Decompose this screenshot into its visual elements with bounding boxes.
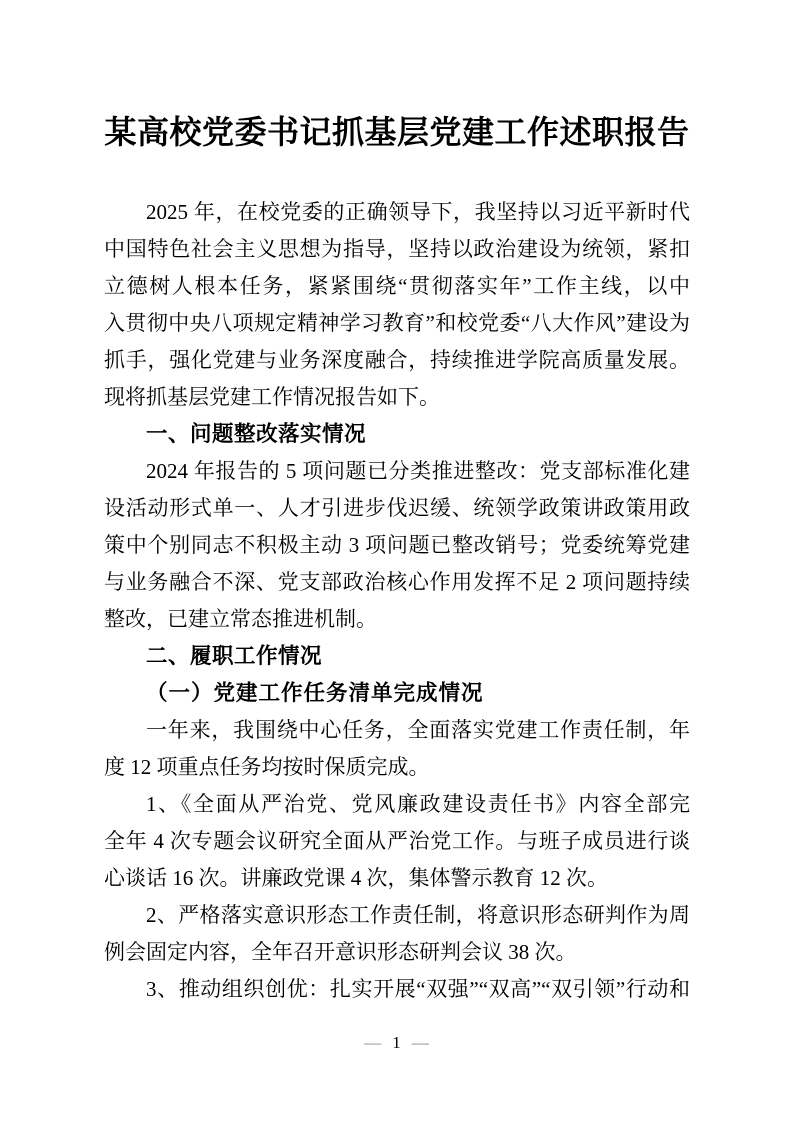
- text-line: 现将抓基层党建工作情况报告如下。: [104, 379, 690, 416]
- text-line: 一年来，我围绕中心任务，全面落实党建工作责任制，年: [104, 712, 690, 749]
- footer-left-dash: —: [364, 1033, 381, 1052]
- text-line: 1、《全面从严治党、党风廉政建设责任书》内容全部完成。: [104, 786, 690, 823]
- text-line: 2024 年报告的 5 项问题已分类推进整改：党支部标准化建: [104, 453, 690, 490]
- text-line: 立德树人根本任务，紧紧围绕“贯彻落实年”工作主线，以中央“深: [104, 268, 690, 305]
- text-line: 中国特色社会主义思想为指导，坚持以政治建设为统领，紧扣: [104, 231, 690, 268]
- document-body: 2025 年，在校党委的正确领导下，我坚持以习近平新时代中国特色社会主义思想为指…: [104, 194, 690, 1008]
- paragraph: 2025 年，在校党委的正确领导下，我坚持以习近平新时代中国特色社会主义思想为指…: [104, 194, 690, 416]
- section-heading: 二、履职工作情况: [104, 638, 690, 675]
- section-heading: 一、问题整改落实情况: [104, 416, 690, 453]
- text-line: 入贯彻中央八项规定精神学习教育”和校党委“八大作风”建设为: [104, 305, 690, 342]
- page-footer: —1—: [0, 1031, 793, 1055]
- text-line: 3、推动组织创优：扎实开展“双强”“双高”“双引领”行动和: [104, 971, 690, 1008]
- text-line: 与业务融合不深、党支部政治核心作用发挥不足 2 项问题持续: [104, 564, 690, 601]
- footer-right-dash: —: [412, 1033, 429, 1052]
- paragraph: 2、严格落实意识形态工作责任制，将意识形态研判作为周例会固定内容，全年召开意识形…: [104, 897, 690, 971]
- text-line: 设活动形式单一、人才引进步伐迟缓、统领学政策讲政策用政: [104, 490, 690, 527]
- paragraph: 2024 年报告的 5 项问题已分类推进整改：党支部标准化建设活动形式单一、人才…: [104, 453, 690, 638]
- text-line: 整改，已建立常态推进机制。: [104, 601, 690, 638]
- paragraph: 一年来，我围绕中心任务，全面落实党建工作责任制，年度 12 项重点任务均按时保质…: [104, 712, 690, 786]
- paragraph: 1、《全面从严治党、党风廉政建设责任书》内容全部完成。全年 4 次专题会议研究全…: [104, 786, 690, 897]
- text-line: 2025 年，在校党委的正确领导下，我坚持以习近平新时代: [104, 194, 690, 231]
- document-title: 某高校党委书记抓基层党建工作述职报告: [104, 107, 690, 157]
- text-line: 例会固定内容，全年召开意识形态研判会议 38 次。: [104, 934, 690, 971]
- text-line: 2、严格落实意识形态工作责任制，将意识形态研判作为周: [104, 897, 690, 934]
- page-number: 1: [392, 1033, 401, 1052]
- text-line: 策中个别同志不积极主动 3 项问题已整改销号；党委统筹党建: [104, 527, 690, 564]
- paragraph: 3、推动组织创优：扎实开展“双强”“双高”“双引领”行动和: [104, 971, 690, 1008]
- document-content: 某高校党委书记抓基层党建工作述职报告 2025 年，在校党委的正确领导下，我坚持…: [104, 107, 690, 1008]
- document-page: 某高校党委书记抓基层党建工作述职报告 2025 年，在校党委的正确领导下，我坚持…: [0, 0, 793, 1122]
- text-line: 心谈话 16 次。讲廉政党课 4 次，集体警示教育 12 次。: [104, 860, 690, 897]
- text-line: 抓手，强化党建与业务深度融合，持续推进学院高质量发展。: [104, 342, 690, 379]
- text-line: 全年 4 次专题会议研究全面从严治党工作。与班子成员进行谈: [104, 823, 690, 860]
- text-line: 度 12 项重点任务均按时保质完成。: [104, 749, 690, 786]
- sub-section-heading: （一）党建工作任务清单完成情况: [104, 675, 690, 712]
